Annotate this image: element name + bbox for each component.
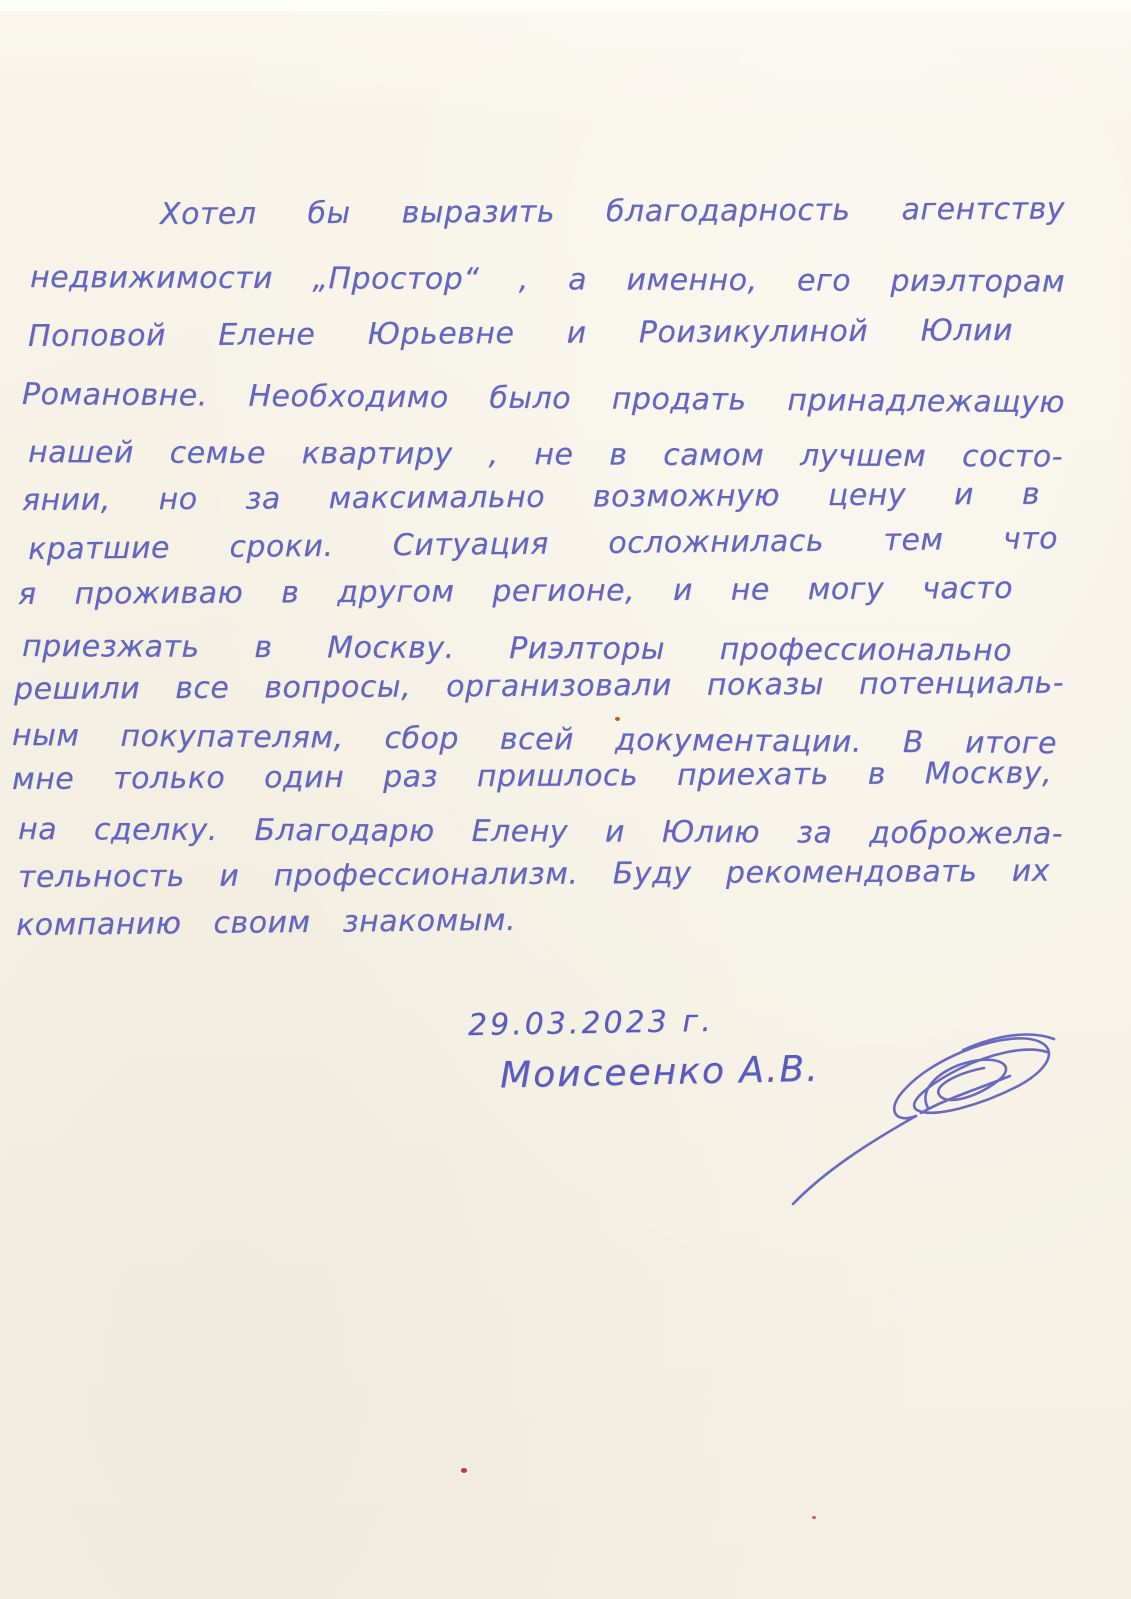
handwritten-line: кратшие сроки. Ситуация осложнилась тем …	[28, 520, 1058, 568]
letter-page: Хотел бы выразить благодарность агентств…	[0, 0, 1131, 1599]
paper-speck	[461, 1468, 467, 1473]
handwritten-line: янии, но за максимально возможную цену и…	[22, 476, 1040, 520]
handwritten-line: Романовне. Необходимо было продать прина…	[22, 376, 1065, 422]
signature-flourish	[758, 1018, 1058, 1213]
paper-speck	[615, 717, 620, 721]
scan-edge	[0, 0, 1131, 11]
handwritten-line: недвижимости „Простор“ , а именно, его р…	[30, 259, 1065, 301]
paper-speck	[812, 1516, 816, 1519]
handwritten-line: приезжать в Москву. Риэлторы профессиона…	[22, 628, 1012, 670]
handwritten-line: Хотел бы выразить благодарность агентств…	[160, 190, 1065, 233]
handwritten-line: я проживаю в другом регионе, и не могу ч…	[18, 570, 1013, 614]
handwritten-line: нашей семье квартиру , не в самом лучшем…	[28, 434, 1063, 476]
handwritten-line: Поповой Елене Юрьевне и Роизикулиной Юли…	[28, 312, 1013, 356]
handwritten-line: решили все вопросы, организовали показы …	[14, 665, 1064, 709]
date-line: 29.03.2023 г.	[468, 1004, 714, 1043]
handwritten-line: компанию своим знакомым.	[16, 902, 516, 945]
handwritten-line: тельность и профессионализм. Буду рекоме…	[18, 853, 1050, 897]
handwritten-line: мне только один раз пришлось приехать в …	[12, 755, 1052, 799]
handwritten-line: на сделку. Благодарю Елену и Юлию за доб…	[18, 811, 1063, 853]
